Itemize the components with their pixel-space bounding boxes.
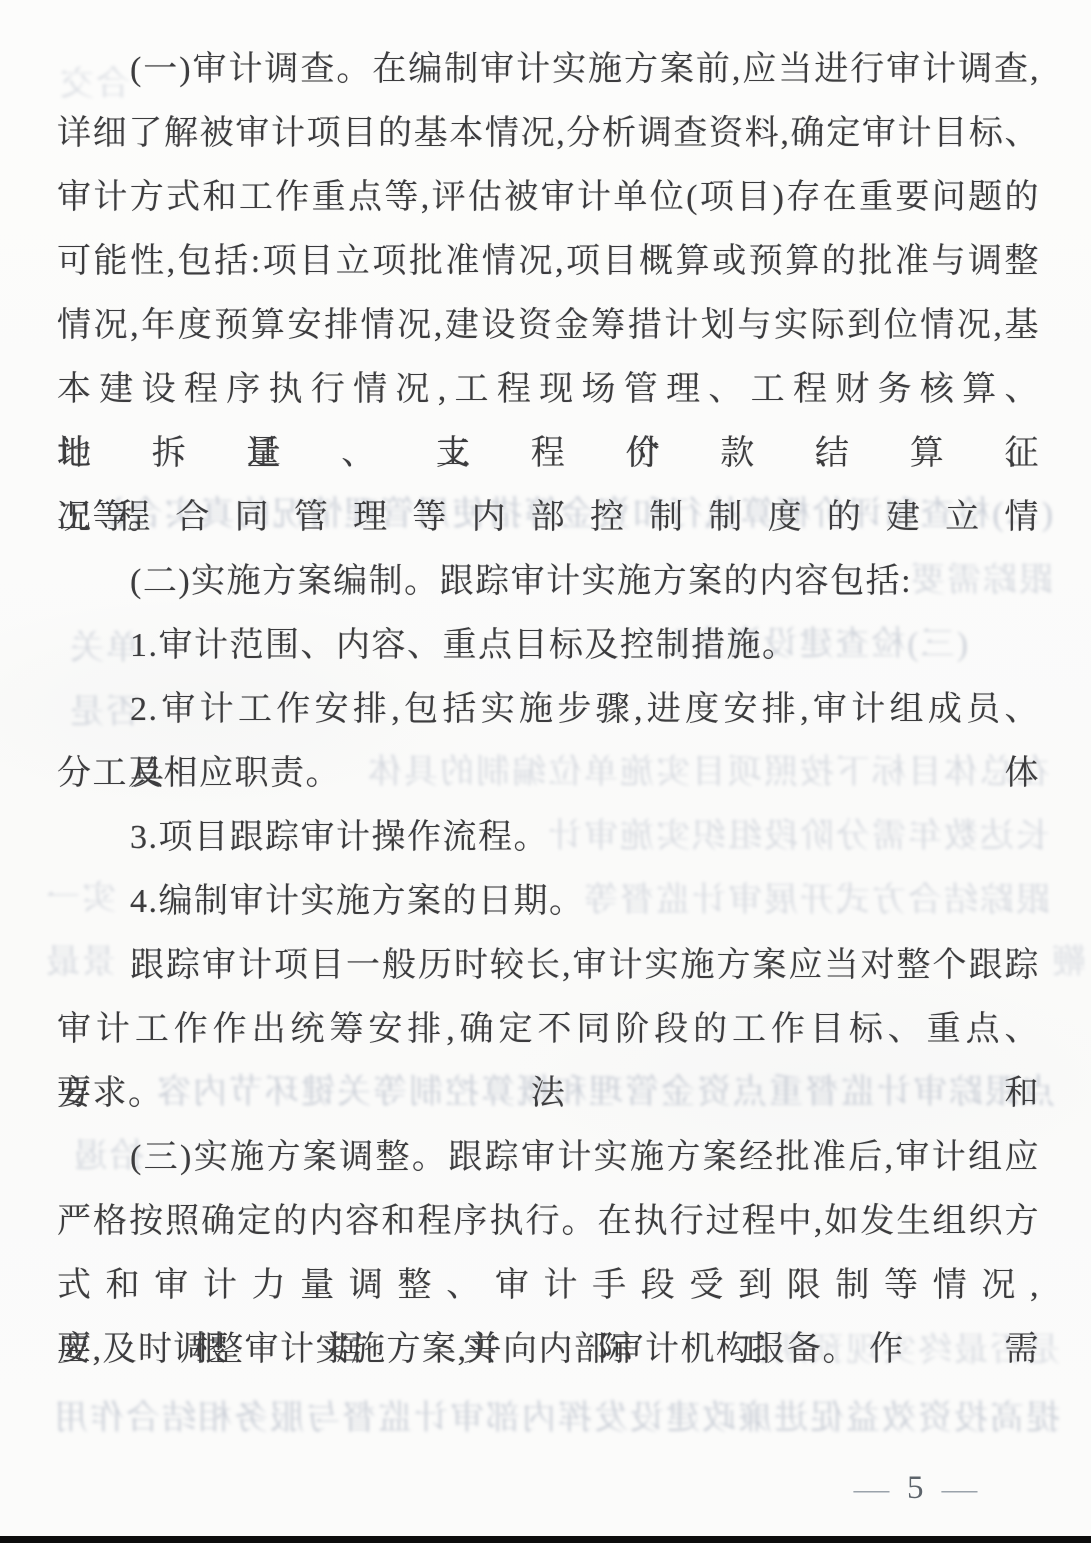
text-line: 情况,年度预算安排情况,建设资金筹措计划与实际到位情况,基 (57, 294, 1040, 358)
text-line: 审计方式和工作重点等,评估被审计单位(项目)存在重要问题的 (57, 166, 1040, 230)
text-line: (二)实施方案编制。跟踪审计实施方案的内容包括: (57, 550, 1040, 614)
bleedthrough-text: 鞭 (1038, 940, 1086, 988)
text-line: (一)审计调查。在编制审计实施方案前,应当进行审计调查, (57, 38, 1040, 102)
page-number-dash-right: — (941, 1471, 977, 1507)
document-body: (一)审计调查。在编制审计实施方案前,应当进行审计调查, 详细了解被审计项目的基… (57, 38, 1040, 1382)
scan-edge-bar (0, 1536, 1091, 1543)
text-line: 可能性,包括:项目立项批准情况,项目概算或预算的批准与调整 (57, 230, 1040, 294)
text-line: 3.项目跟踪审计操作流程。 (57, 806, 1040, 870)
page-number: — 5 — (856, 1470, 975, 1507)
text-line: 4.编制审计实施方案的日期。 (57, 870, 1040, 934)
page-number-dash-left: — (854, 1471, 890, 1507)
text-line: 详细了解被审计项目的基本情况,分析调查资料,确定审计目标、 (57, 102, 1040, 166)
text-line: 跟踪审计项目一般历时较长,审计实施方案应当对整个跟踪 (57, 934, 1040, 998)
text-line: 式和审计力量调整、审计手段受到限制等情况,应根据实际工作需 (57, 1254, 1040, 1318)
page-number-value: 5 (907, 1470, 924, 1507)
text-line: 地拆迁、工程价款结算、工程合同管理等内部控制制度的建立情 (57, 422, 1040, 486)
bleedthrough-text: 提高投资效益促进廉政建设发挥内部审计监督与服务相结合作用 (52, 1396, 1060, 1444)
text-line: 1.审计范围、内容、重点目标及控制措施。 (57, 614, 1040, 678)
text-line: 2.审计工作安排,包括实施步骤,进度安排,审计组成员、具体 (57, 678, 1040, 742)
text-line: 审计工作作出统筹安排,确定不同阶段的工作目标、重点、方法和 (57, 998, 1040, 1062)
text-line: 严格按照确定的内容和程序执行。在执行过程中,如发生组织方 (57, 1190, 1040, 1254)
scanned-document-page: (二)检查和评价概算执行和资金筹措使用管理情况的真实合法 跟踪需要 (三)检查建… (0, 0, 1091, 1543)
text-line: 本建设程序执行情况,工程现场管理、工程财务核算、计量支付、征 (57, 358, 1040, 422)
text-line: (三)实施方案调整。跟踪审计实施方案经批准后,审计组应 (57, 1126, 1040, 1190)
